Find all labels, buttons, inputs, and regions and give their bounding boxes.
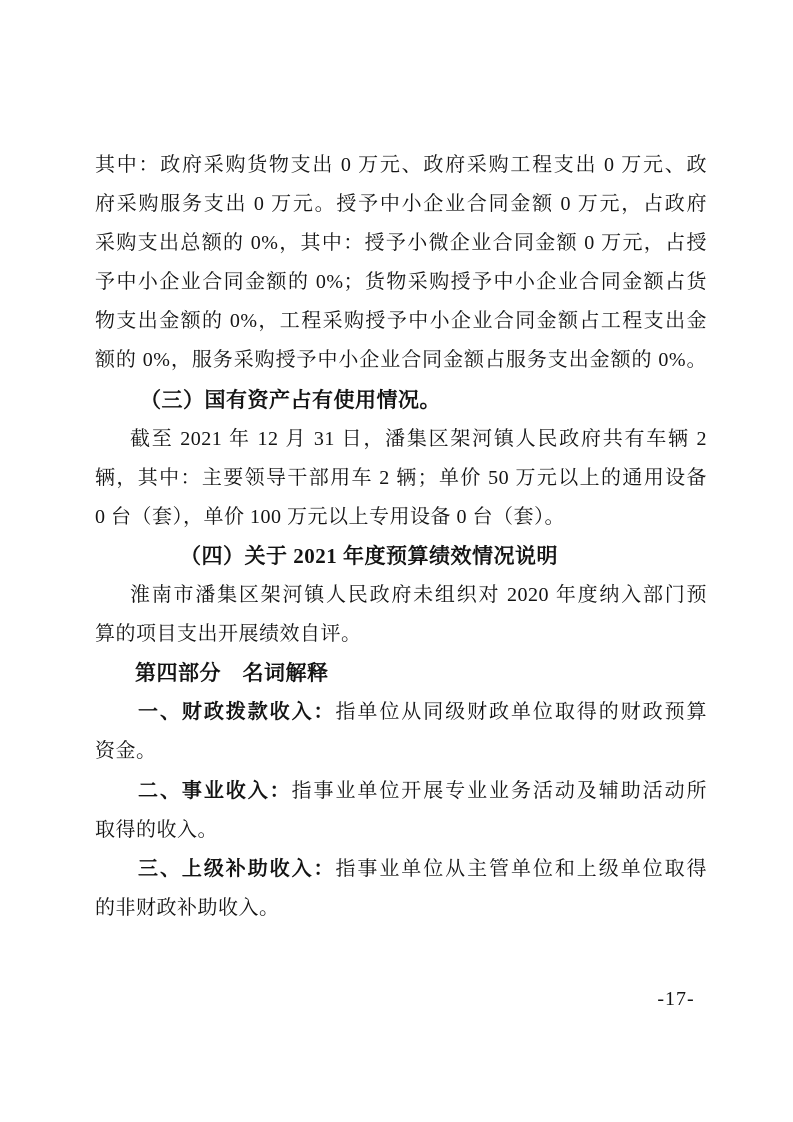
term-definition: 指事业单位从主管单位和上级单位取得 xyxy=(335,858,707,880)
term-item-fiscal-appropriation: 一、财政拨款收入：指单位从同级财政单位取得的财政预算 xyxy=(95,693,707,732)
para-procurement-line: 其中：政府采购货物支出 0 万元、政府采购工程支出 0 万元、政 xyxy=(95,146,707,185)
heading-state-assets: （三）国有资产占有使用情况。 xyxy=(95,381,707,420)
para-procurement-line: 予中小企业合同金额的 0%；货物采购授予中小企业合同金额占货 xyxy=(95,263,707,302)
term-label: 二、事业收入： xyxy=(138,780,292,802)
document-page: 其中：政府采购货物支出 0 万元、政府采购工程支出 0 万元、政 府采购服务支出… xyxy=(0,0,793,1122)
para-procurement-line: 采购支出总额的 0%，其中：授予小微企业合同金额 0 万元，占授 xyxy=(95,224,707,263)
section-title-glossary: 第四部分 名词解释 xyxy=(95,654,707,693)
para-procurement-line: 物支出金额的 0%，工程采购授予中小企业合同金额占工程支出金 xyxy=(95,302,707,341)
para-procurement-line: 额的 0%，服务采购授予中小企业合同金额占服务支出金额的 0%。 xyxy=(95,341,707,380)
page-number: -17- xyxy=(638,988,714,1011)
heading-performance: （四）关于 2021 年度预算绩效情况说明 xyxy=(95,537,707,576)
term-label: 一、财政拨款收入： xyxy=(138,701,335,723)
term-definition: 指事业单位开展专业业务活动及辅助活动所 xyxy=(292,780,707,802)
term-item-operational-income: 二、事业收入：指事业单位开展专业业务活动及辅助活动所 xyxy=(95,772,707,811)
para-state-assets-line: 0 台（套），单价 100 万元以上专用设备 0 台（套）。 xyxy=(95,498,707,537)
term-definition: 指单位从同级财政单位取得的财政预算 xyxy=(335,701,707,723)
document-body: 其中：政府采购货物支出 0 万元、政府采购工程支出 0 万元、政 府采购服务支出… xyxy=(95,146,707,928)
para-procurement-line: 府采购服务支出 0 万元。授予中小企业合同金额 0 万元，占政府 xyxy=(95,185,707,224)
term-label: 三、上级补助收入： xyxy=(138,858,335,880)
term-definition-line: 的非财政补助收入。 xyxy=(95,889,707,928)
para-performance-line: 淮南市潘集区架河镇人民政府未组织对 2020 年度纳入部门预 xyxy=(95,576,707,615)
para-state-assets-line: 截至 2021 年 12 月 31 日，潘集区架河镇人民政府共有车辆 2 xyxy=(95,420,707,459)
para-state-assets-line: 辆，其中：主要领导干部用车 2 辆；单价 50 万元以上的通用设备 xyxy=(95,459,707,498)
term-item-superior-subsidy-income: 三、上级补助收入：指事业单位从主管单位和上级单位取得 xyxy=(95,850,707,889)
term-definition-line: 资金。 xyxy=(95,732,707,771)
para-performance-line: 算的项目支出开展绩效自评。 xyxy=(95,615,707,654)
term-definition-line: 取得的收入。 xyxy=(95,811,707,850)
